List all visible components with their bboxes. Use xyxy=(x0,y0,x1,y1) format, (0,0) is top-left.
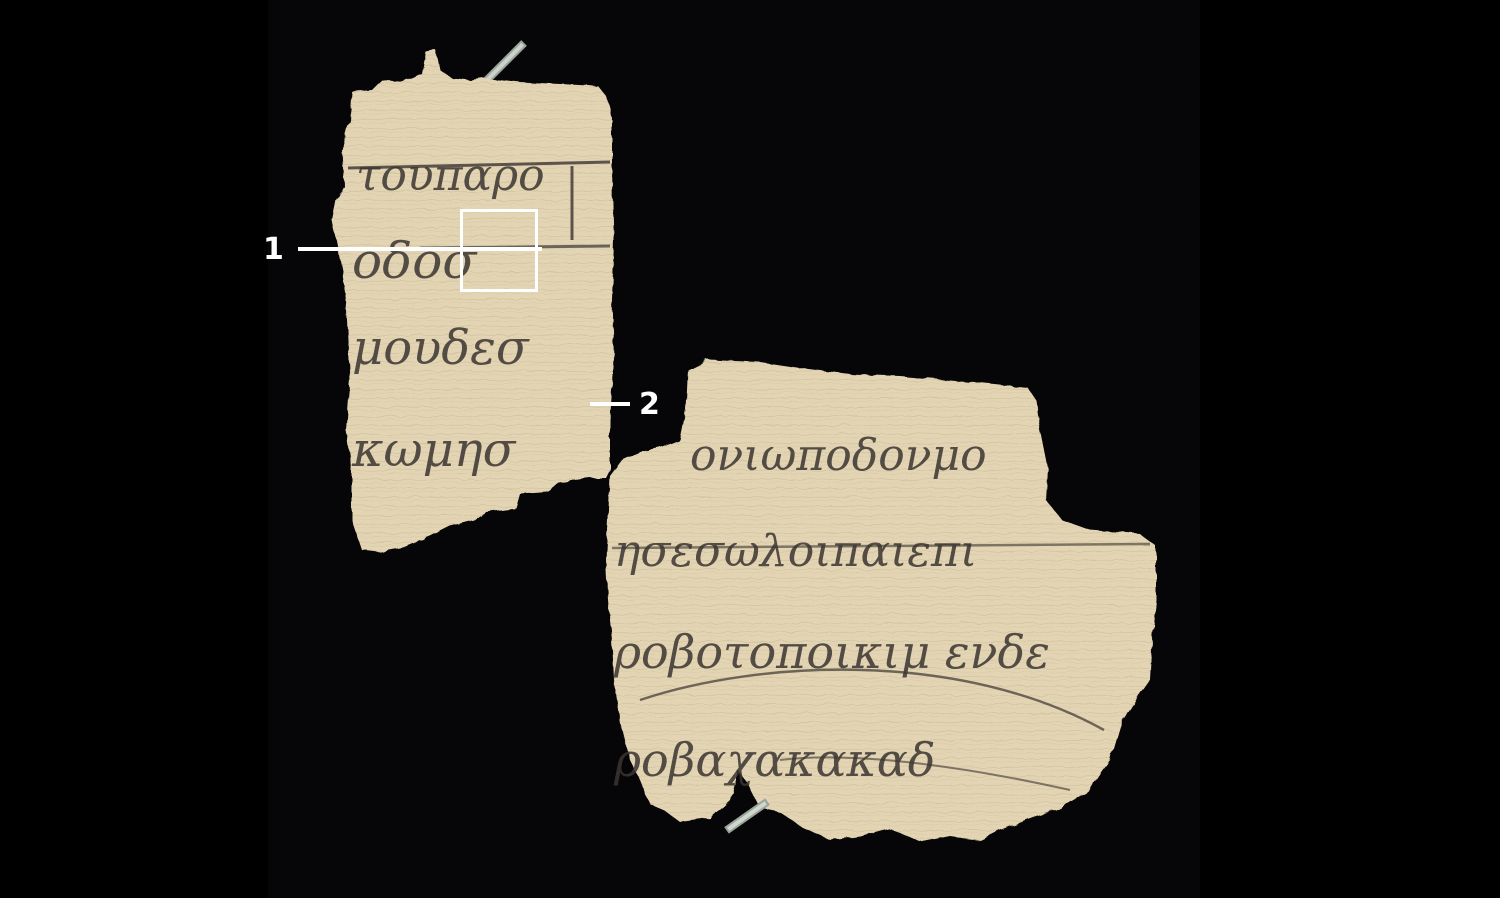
papyrus-fragments-illustration: τουπαρο οδοσ μουδεσ κωμησ ονιωποδονμο ησ… xyxy=(0,0,1500,898)
callout-1-number: 1 xyxy=(263,235,284,265)
callout-1-leader-line xyxy=(298,247,542,251)
right-line-2: ησεσωλοιπαιεπι xyxy=(614,526,977,577)
papyrus-photo-stage: τουπαρο οδοσ μουδεσ κωμησ ονιωποδονμο ησ… xyxy=(0,0,1500,898)
callout-2-number: 2 xyxy=(639,390,660,420)
left-line-4: κωμησ xyxy=(351,422,517,478)
left-line-1: τουπαρο xyxy=(356,150,545,201)
scale-bar-top xyxy=(483,40,527,84)
right-line-1: ονιωποδονμο xyxy=(690,430,987,481)
scale-bar-bottom xyxy=(724,798,770,833)
callout-2-leader-line xyxy=(590,402,630,406)
left-line-3: μουδεσ xyxy=(352,320,530,376)
